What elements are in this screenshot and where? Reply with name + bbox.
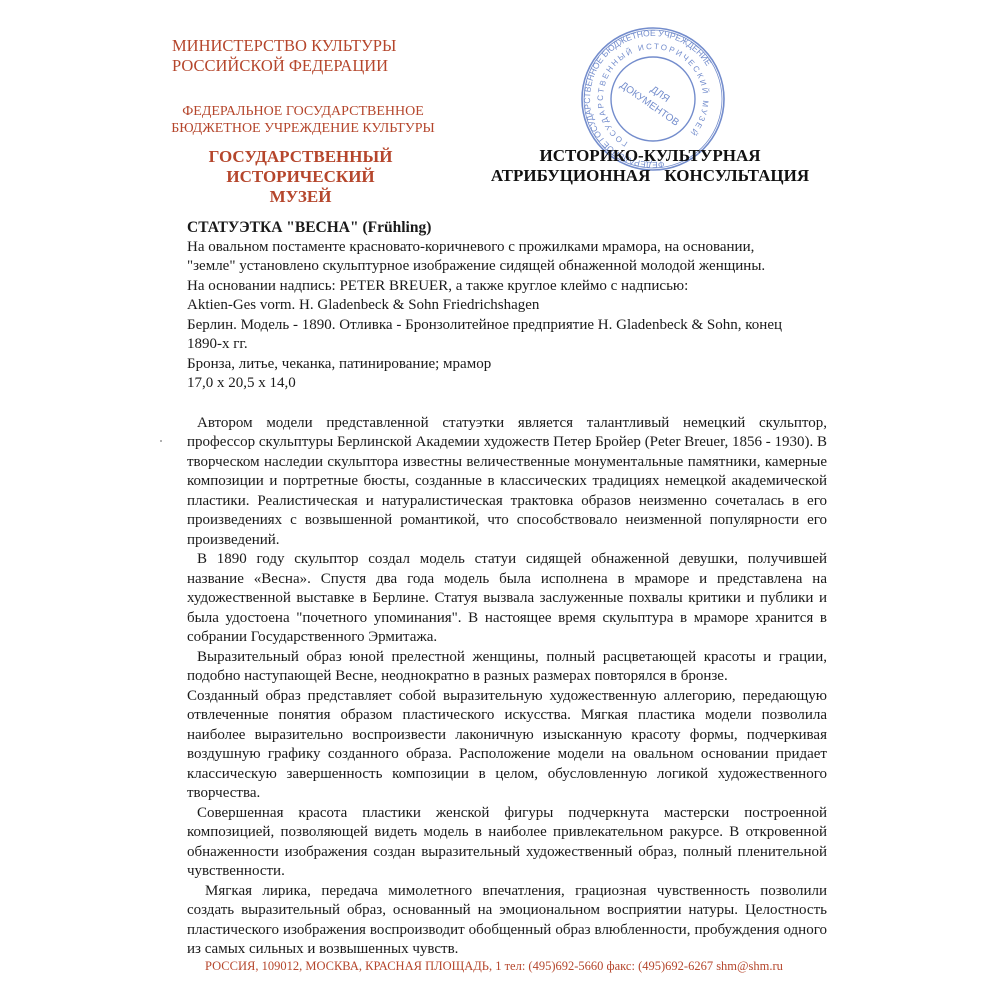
ministry-header: МИНИСТЕРСТВО КУЛЬТУРЫ РОССИЙСКОЙ ФЕДЕРАЦ… [172,36,402,76]
museum-name-line: ГОСУДАРСТВЕННЫЙ [188,147,413,167]
scan-speck [160,440,162,442]
document-title-word: АТРИБУЦИОННАЯ [491,166,651,185]
item-description-line: 1890-х гг. [187,335,827,355]
ministry-line: РОССИЙСКОЙ ФЕДЕРАЦИИ [172,56,402,76]
item-description-line: "земле" установлено скульптурное изображ… [187,257,827,277]
ministry-line: МИНИСТЕРСТВО КУЛЬТУРЫ [172,36,402,56]
document-title: ИСТОРИКО-КУЛЬТУРНАЯ АТРИБУЦИОННАЯКОНСУЛЬ… [480,146,820,186]
item-description-line: На овальном постаменте красновато-коричн… [187,238,827,258]
institution-type: ФЕДЕРАЛЬНОЕ ГОСУДАРСТВЕННОЕ БЮДЖЕТНОЕ УЧ… [158,103,448,137]
body-paragraph: Совершенная красота пластики женской фиг… [187,804,827,882]
body-paragraph: В 1890 году скульптор создал модель стат… [187,550,827,648]
museum-name: ГОСУДАРСТВЕННЫЙ ИСТОРИЧЕСКИЙ МУЗЕЙ [188,147,413,207]
document-body: СТАТУЭТКА "ВЕСНА" (Frühling) На овальном… [187,218,827,960]
body-paragraph: Автором модели представленной статуэтки … [187,414,827,551]
body-paragraph: Мягкая лирика, передача мимолетного впеч… [187,882,827,960]
item-dimensions: 17,0 х 20,5 х 14,0 [187,374,827,394]
item-description-line: Бронза, литье, чеканка, патинирование; м… [187,355,827,375]
body-paragraph: Выразительный образ юной прелестной женщ… [187,648,827,687]
document-title-word: КОНСУЛЬТАЦИЯ [664,166,809,185]
item-description-line: На основании надпись: PETER BREUER, а та… [187,277,827,297]
document-title-line: ИСТОРИКО-КУЛЬТУРНАЯ [480,146,820,166]
institution-type-line: ФЕДЕРАЛЬНОЕ ГОСУДАРСТВЕННОЕ [158,103,448,120]
footer-contact: РОССИЯ, 109012, МОСКВА, КРАСНАЯ ПЛОЩАДЬ,… [205,959,845,974]
institution-type-line: БЮДЖЕТНОЕ УЧРЕЖДЕНИЕ КУЛЬТУРЫ [158,120,448,137]
item-description-line: Берлин. Модель - 1890. Отливка - Бронзол… [187,316,827,336]
museum-name-line: ИСТОРИЧЕСКИЙ [188,167,413,187]
item-title: СТАТУЭТКА "ВЕСНА" (Frühling) [187,218,827,238]
museum-name-line: МУЗЕЙ [188,187,413,207]
item-description-line: Aktien-Ges vorm. H. Gladenbeck & Sohn Fr… [187,296,827,316]
stamp-center-line: ДОКУМЕНТОВ [618,80,681,129]
document-title-line: АТРИБУЦИОННАЯКОНСУЛЬТАЦИЯ [480,166,820,186]
body-paragraph: Созданный образ представляет собой выраз… [187,687,827,804]
